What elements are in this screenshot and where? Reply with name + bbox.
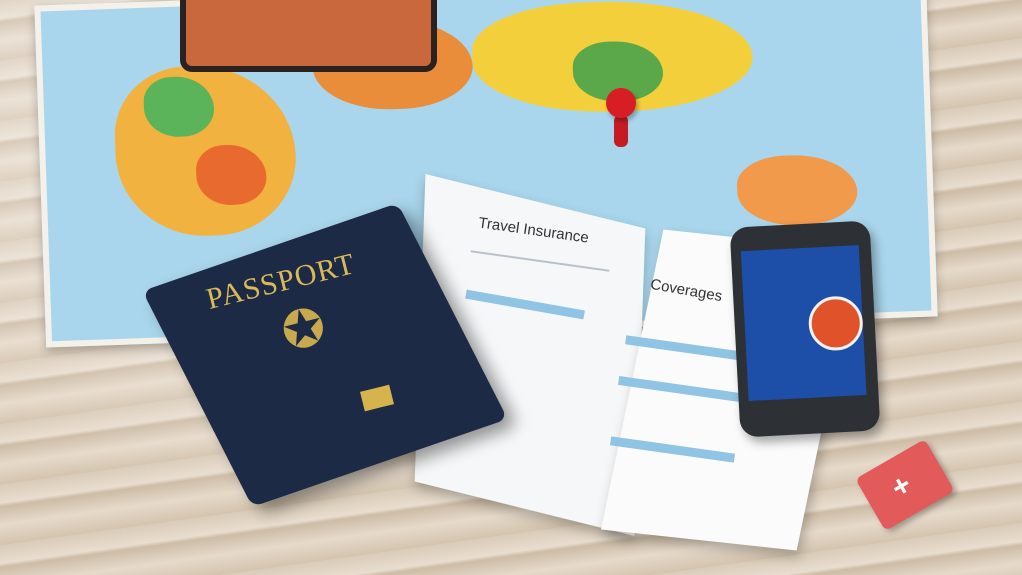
- phone-circle-icon: [807, 295, 864, 352]
- map-pin-icon: [606, 88, 636, 118]
- map-pin-stem: [614, 115, 628, 147]
- smartphone: [730, 220, 881, 437]
- suitcase: [180, 0, 437, 72]
- phone-screen: [741, 245, 867, 401]
